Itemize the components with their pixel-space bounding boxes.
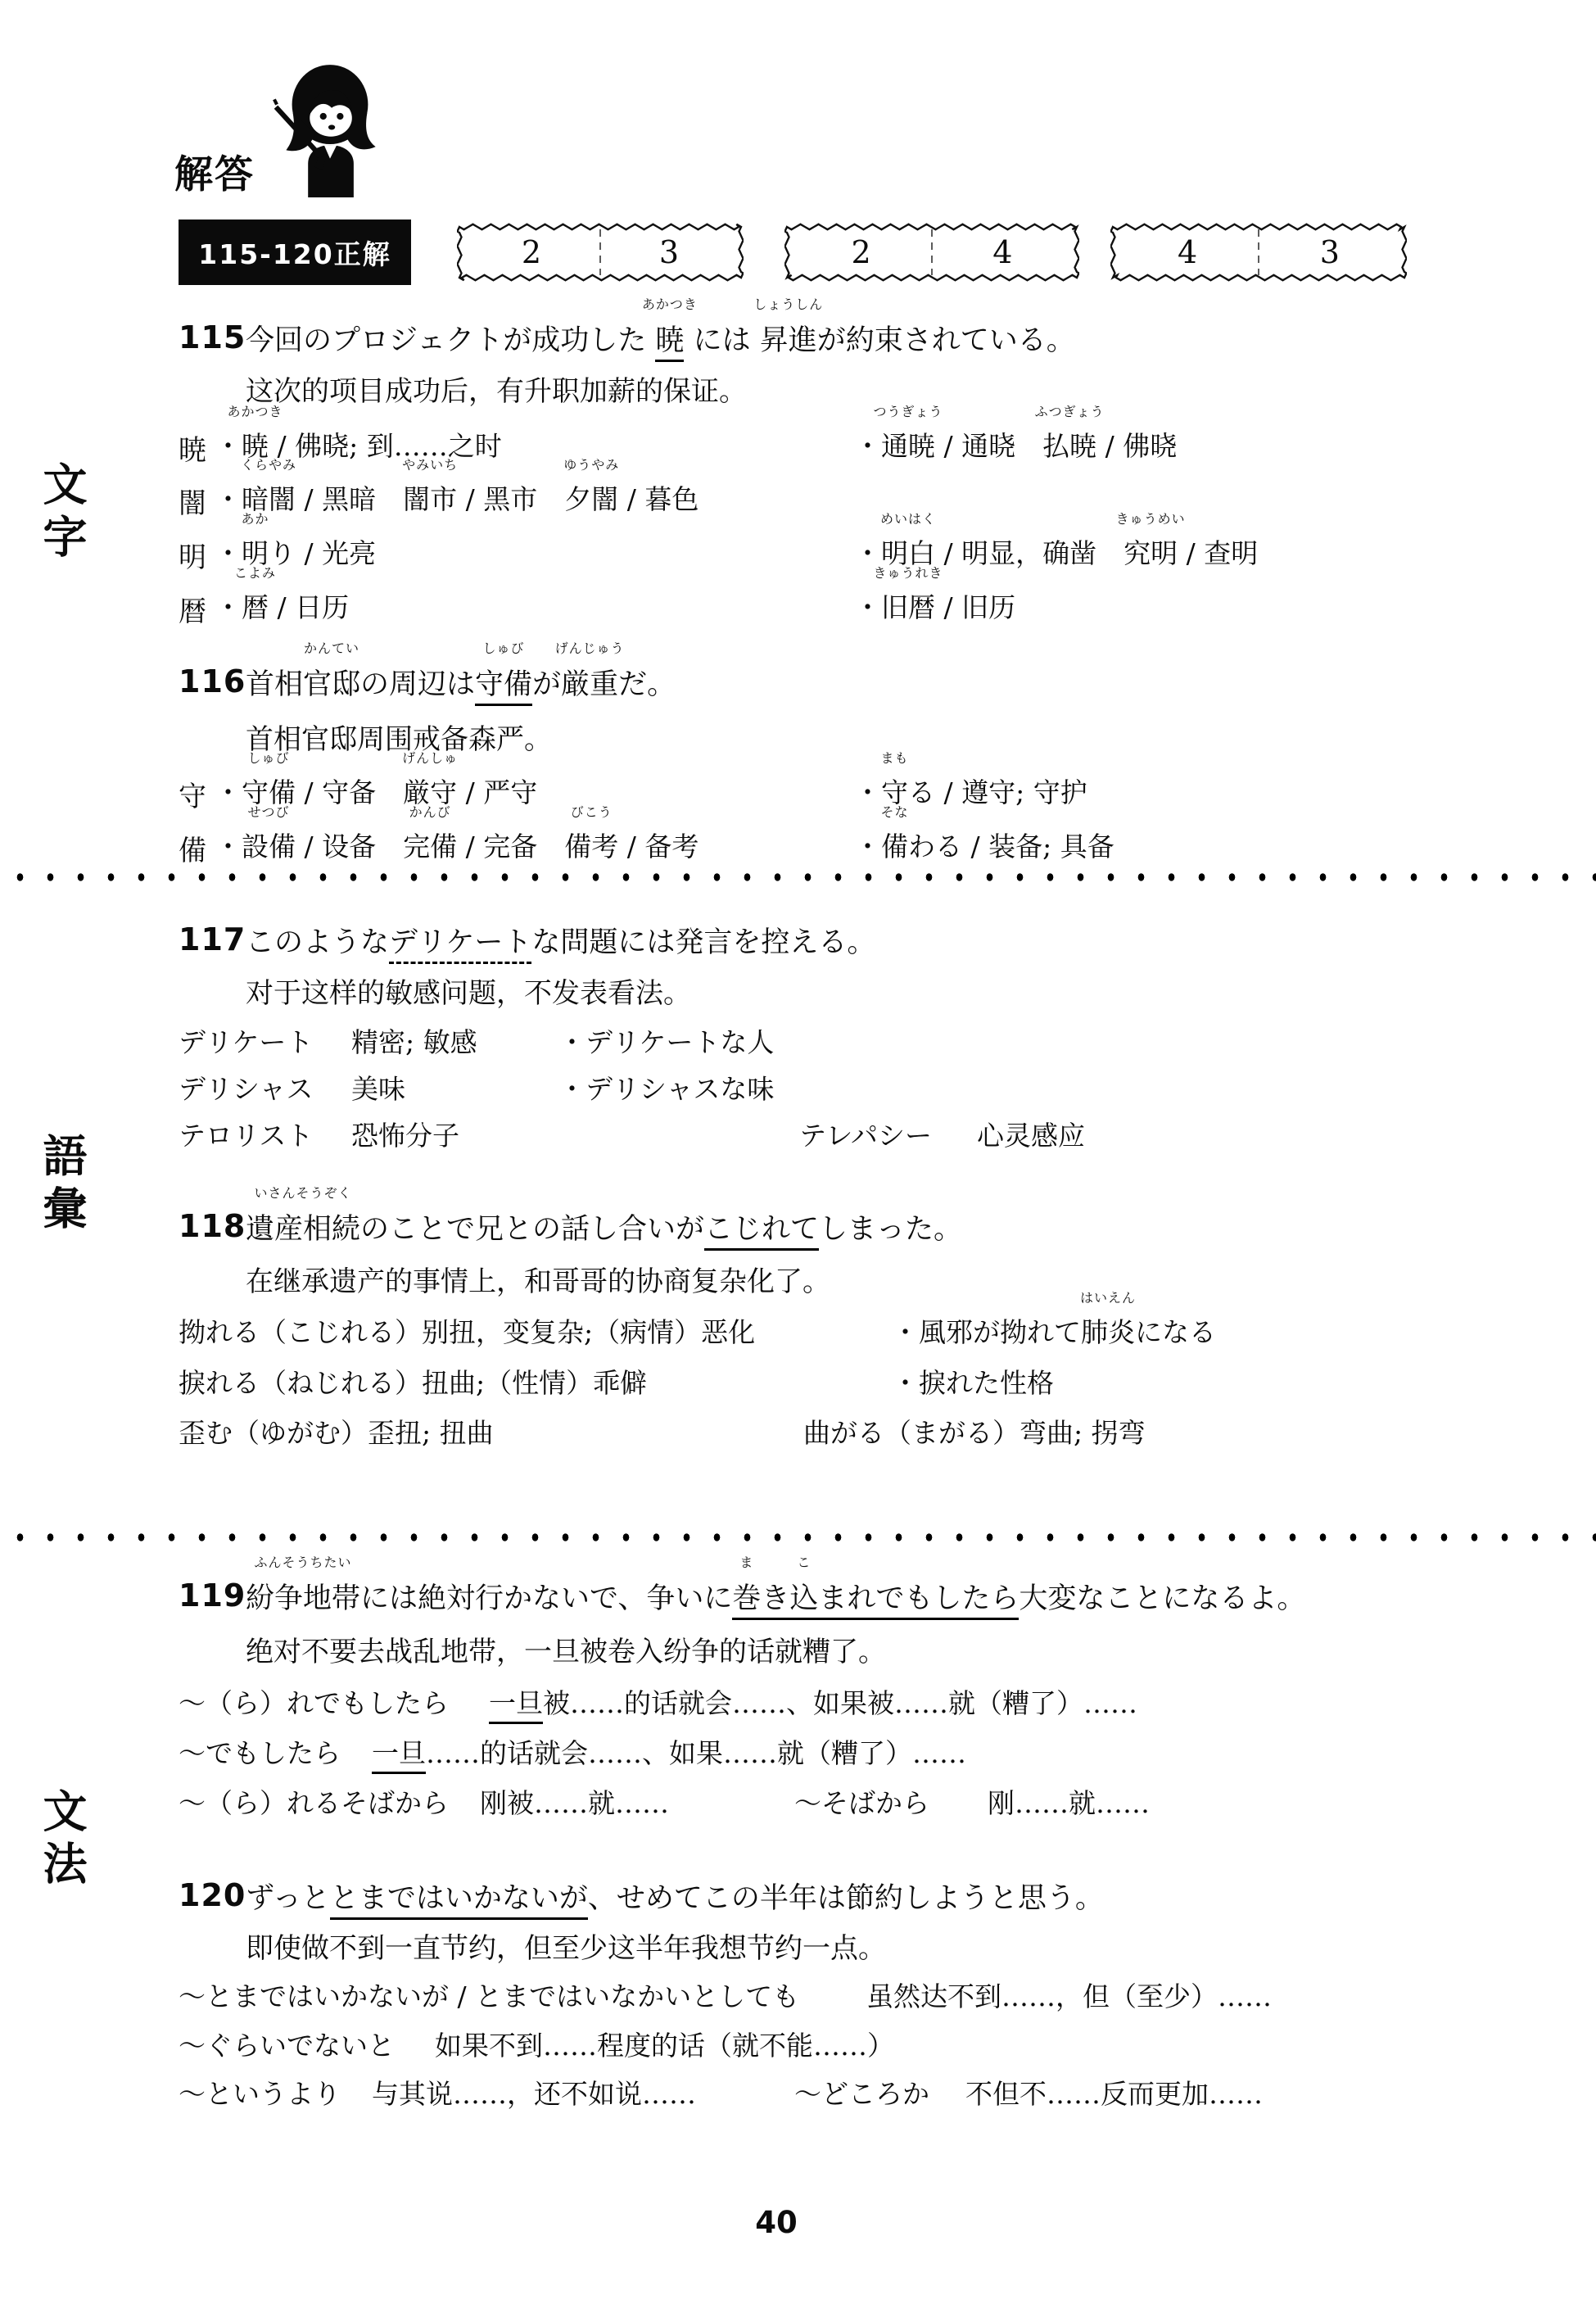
question-sentence: 今回のプロジェクトが成功した あかつき暁 には しょうしん昇進が約束されている。 — [246, 321, 1075, 360]
definition-cell: ～とまではいかないが / とまではいなかいとしても — [179, 1978, 799, 2016]
text-run: 被……的话就会……、如果被……就（糟了）…… — [543, 1687, 1137, 1719]
furigana: そな — [880, 794, 908, 831]
sidebar-label-bunpo: 文法 — [31, 1788, 94, 1893]
definition-row: ～というより与其说……，还不如说……～どころか不但不……反而更加…… — [179, 2075, 1596, 2118]
furigana: げんじゅう — [555, 629, 625, 668]
ruby-word: いさんそうぞく遺産相続 — [246, 1210, 360, 1249]
furigana: つうぎょう — [873, 393, 943, 431]
text-run: 一旦 — [489, 1687, 543, 1719]
furigana: めいはく — [880, 500, 936, 538]
underlined-phrase: とまではいかないが — [330, 1882, 588, 1920]
ruby-base: 備 — [881, 831, 908, 862]
text-run: ～でもしたら — [179, 1737, 341, 1769]
definition-cell: 美味 — [351, 1070, 405, 1108]
definition-cell: 心灵感应 — [977, 1117, 1085, 1155]
text-run: / 佛晓; 到……之时 — [269, 430, 502, 462]
text-run: 捩れる（ねじれる）扭曲;（性情）乖僻 — [179, 1367, 647, 1399]
ruby-base: 払暁 — [1042, 430, 1096, 462]
question-translation: 这次的项目成功后，有升职加薪的保证。 — [246, 373, 747, 410]
text-run: ～（ら）れでもしたら — [179, 1687, 449, 1719]
question-sentence: このようなデリケートな問題には発言を控える。 — [246, 923, 875, 962]
text-run: ・ — [215, 591, 242, 623]
text-run: が — [532, 668, 561, 701]
text-run: 一旦 — [372, 1737, 426, 1769]
question-translation: 绝对不要去战乱地带，一旦被卷入纷争的话就糟了。 — [246, 1633, 886, 1671]
ruby-word: つうぎょう通暁 — [881, 428, 935, 465]
ruby-word: しょうしん昇進 — [760, 321, 817, 360]
definition-cell: 曲がる（まがる）弯曲; 拐弯 — [803, 1414, 1146, 1452]
definition-row: 暁・あかつき暁 / 佛晓; 到……之时・つうぎょう通暁 / 通晓 ふつぎょう払暁… — [179, 428, 1596, 470]
text-run: ・ — [854, 591, 881, 623]
definition-row: ～（ら）れでもしたら一旦被……的话就会……、如果被……就（糟了）…… — [179, 1685, 1596, 1727]
furigana: ま — [739, 1543, 753, 1582]
text-run: ・ — [854, 776, 881, 808]
ruby-word: あかつき暁 — [655, 321, 684, 360]
furigana: しゅび — [483, 629, 525, 668]
text-run: き — [761, 1582, 789, 1615]
definition-cell: デリケート — [179, 1024, 313, 1061]
text-run: / 日历 — [269, 591, 349, 623]
ruby-word: ゆうやみ夕闇 — [564, 481, 618, 518]
underlined-phrase: デリケート — [389, 926, 531, 964]
underlined-phrase: しゅび守備 — [475, 668, 532, 706]
definition-row: デリシャス美味・デリシャスな味 — [179, 1070, 1596, 1113]
text-run: / 黑暗 — [296, 483, 403, 515]
ruby-base: 闇市 — [403, 483, 457, 515]
definition-cell: 恐怖分子 — [351, 1117, 459, 1155]
question-number: 115 — [179, 319, 246, 355]
entry-kanji: 備 — [179, 828, 206, 868]
definition-row: ～とまではいかないが / とまではいなかいとしても虽然达不到……，但（至少）…… — [179, 1978, 1596, 2021]
question-number: 116 — [179, 663, 246, 699]
definition-row: ～でもしたら一旦……的话就会……、如果……就（糟了）…… — [179, 1735, 1596, 1777]
text-run: わる / 装备; 具备 — [908, 831, 1114, 862]
question-sentence: ずっととまではいかないが、せめてこの半年は節約しようと思う。 — [246, 1879, 1104, 1918]
text-run: しまった。 — [819, 1213, 962, 1246]
text-run: / 明显，确凿 — [935, 537, 1124, 569]
underlined-phrase: こじれて — [704, 1213, 819, 1251]
text-run: / 黑市 — [457, 483, 564, 515]
text-run: ・捩れた性格 — [892, 1367, 1054, 1399]
definition-row: 歪む（ゆがむ）歪扭; 扭曲曲がる（まがる）弯曲; 拐弯 — [179, 1414, 1596, 1457]
text-run: ～というより — [179, 2078, 341, 2110]
text-run: ・ — [215, 483, 242, 515]
ruby-word: はいえん肺炎 — [1081, 1314, 1135, 1351]
definition-cell: デリシャス — [179, 1070, 313, 1108]
furigana: こよみ — [234, 554, 276, 592]
definition-row: テロリスト恐怖分子テレパシー心灵感应 — [179, 1117, 1596, 1160]
text-run: ・ — [215, 831, 242, 862]
furigana: ふんそうちたい — [254, 1543, 351, 1582]
text-run: デリシャス — [179, 1073, 313, 1105]
textbook-answer-page: { "page": { "number": "40" }, "header": … — [0, 0, 1596, 2322]
ruby-base: 遺産相続 — [246, 1213, 360, 1246]
ruby-base: 夕闇 — [564, 483, 618, 515]
ruby-word: びこう備考 — [564, 828, 618, 866]
definition-row: 備・せつび設備 / 设备 かんび完備 / 完备 びこう備考 / 备考・そな備わる… — [179, 828, 1596, 871]
furigana: げんしゅ — [402, 740, 458, 777]
text-run: 与其说……，还不如说…… — [372, 2078, 696, 2110]
text-run: ・ — [854, 831, 881, 862]
text-run: 如果不到……程度的话（就不能……） — [435, 2030, 894, 2062]
definition-cell: ～というより — [179, 2075, 341, 2113]
question-sentence: ふんそうちたい紛争地帯には絶対行かないで、争いにま巻きこ込まれでもしたら大変なこ… — [246, 1579, 1305, 1618]
text-run: ・デリシャスな味 — [558, 1073, 774, 1105]
ruby-word: かんてい官邸 — [303, 665, 360, 704]
ruby-base: 暦 — [242, 591, 269, 623]
question-sentence: いさんそうぞく遺産相続のことで兄との話し合いがこじれてしまった。 — [246, 1210, 962, 1249]
definition-cell: 不但不……反而更加…… — [965, 2075, 1263, 2113]
text-run: / 完备 — [457, 831, 564, 862]
ruby-base: 旧暦 — [881, 591, 935, 623]
definition-cell: ・風邪が拗れてはいえん肺炎になる — [892, 1314, 1216, 1351]
definition-row: デリケート精密; 敏感・デリケートな人 — [179, 1024, 1596, 1066]
definition-cell: ・つうぎょう通暁 / 通晓 ふつぎょう払暁 / 佛晓 — [854, 428, 1177, 465]
furigana: せつび — [247, 794, 289, 831]
text-run: 虽然达不到……，但（至少）…… — [866, 1980, 1272, 2012]
text-run: 刚被……就…… — [480, 1787, 669, 1819]
furigana: こ — [797, 1543, 811, 1582]
definition-row: 拗れる（こじれる）别扭，变复杂;（病情）恶化・風邪が拗れてはいえん肺炎になる — [179, 1314, 1596, 1356]
text-run: ～どころか — [794, 2078, 929, 2110]
text-run: になる — [1135, 1316, 1216, 1348]
entry-kanji: 守 — [179, 774, 206, 814]
definition-cell: 刚被……就…… — [480, 1785, 669, 1822]
text-run: とまではいかないが — [330, 1882, 588, 1915]
ruby-base: 通暁 — [881, 430, 935, 462]
text-run: のことで兄との話し合いが — [360, 1213, 704, 1246]
ruby-base: 究明 — [1124, 537, 1178, 569]
ruby-word: こよみ暦 — [242, 589, 269, 627]
furigana: あか — [241, 500, 269, 538]
definition-row: ～ぐらいでないと如果不到……程度的话（就不能……） — [179, 2027, 1596, 2070]
text-run: ～とまではいかないが / とまではいなかいとしても — [179, 1980, 799, 2012]
furigana: ゆうやみ — [563, 446, 619, 484]
text-run: 心灵感应 — [977, 1120, 1085, 1152]
text-run: / 守备 — [296, 776, 403, 808]
text-run: 刚……就…… — [988, 1787, 1150, 1819]
text-run: このような — [246, 926, 389, 959]
underlined-phrase: 一旦 — [372, 1737, 426, 1774]
definition-cell: ・捩れた性格 — [892, 1365, 1054, 1402]
definition-cell: 精密; 敏感 — [351, 1024, 477, 1061]
definition-cell: 虽然达不到……，但（至少）…… — [866, 1978, 1272, 2016]
text-run: ～そばから — [794, 1787, 929, 1819]
definition-cell: ・くらやみ暗闇 / 黑暗 やみいち闇市 / 黑市 ゆうやみ夕闇 / 暮色 — [215, 481, 699, 518]
definition-cell: ・デリシャスな味 — [558, 1070, 774, 1108]
definition-cell: ～そばから — [794, 1785, 929, 1822]
text-run: 曲がる（まがる）弯曲; 拐弯 — [803, 1417, 1146, 1449]
ruby-word: こ込 — [789, 1579, 818, 1618]
ruby-word: きゅうれき旧暦 — [881, 589, 935, 627]
furigana: いさんそうぞく — [254, 1174, 351, 1213]
definition-row: ～（ら）れるそばから刚被……就……～そばから刚……就…… — [179, 1785, 1596, 1827]
text-run: 拗れる（こじれる）别扭，变复杂;（病情）恶化 — [179, 1316, 755, 1348]
ruby-word: やみいち闇市 — [403, 481, 457, 518]
furigana: かんてい — [304, 629, 359, 668]
ruby-base: 肺炎 — [1081, 1316, 1135, 1348]
ruby-base: 暁 — [655, 324, 684, 357]
definition-row: 暦・こよみ暦 / 日历・きゅうれき旧暦 / 旧历 — [179, 589, 1596, 631]
furigana: やみいち — [402, 446, 458, 484]
definition-cell: 如果不到……程度的话（就不能……） — [435, 2027, 894, 2065]
definition-cell: 刚……就…… — [988, 1785, 1150, 1822]
text-run: こじれて — [704, 1213, 819, 1246]
furigana: ふつぎょう — [1035, 393, 1105, 431]
entry-kanji: 闇 — [179, 481, 206, 521]
furigana: あかつき — [642, 285, 698, 324]
text-run: な問題には発言を控える。 — [531, 926, 875, 959]
text-run: 歪む（ゆがむ）歪扭; 扭曲 — [179, 1417, 494, 1449]
furigana: しょうしん — [753, 285, 823, 324]
text-run: 不但不……反而更加…… — [965, 2078, 1263, 2110]
text-run: 首相 — [246, 668, 303, 701]
definition-cell: ・そな備わる / 装备; 具备 — [854, 828, 1114, 866]
text-run: ・ — [854, 430, 881, 462]
ruby-base: 昇進 — [760, 324, 817, 357]
text-run: / 严守 — [457, 776, 537, 808]
text-run: には — [684, 324, 759, 357]
text-run: が約束されている。 — [817, 324, 1075, 357]
question-number: 120 — [179, 1877, 246, 1913]
text-run: る / 遵守; 守护 — [908, 776, 1087, 808]
definition-cell: ～（ら）れるそばから — [179, 1785, 449, 1822]
page-number: 40 — [744, 2205, 809, 2240]
text-run: ……的话就会……、如果……就（糟了）…… — [426, 1737, 966, 1769]
ruby-word: きゅうめい究明 — [1124, 535, 1178, 573]
furigana: はいえん — [1080, 1279, 1136, 1317]
question-translation: 在继承遗产的事情上，和哥哥的协商复杂化了。 — [246, 1263, 830, 1301]
furigana: まも — [880, 740, 908, 777]
question-number: 117 — [179, 921, 246, 957]
ruby-word: ま巻 — [732, 1579, 761, 1618]
definition-cell: ・せつび設備 / 设备 かんび完備 / 完备 びこう備考 / 备考 — [215, 828, 699, 866]
definition-cell: 一旦被……的话就会……、如果被……就（糟了）…… — [489, 1685, 1137, 1722]
text-run: テレパシー — [799, 1120, 932, 1152]
underlined-phrase: 一旦 — [489, 1687, 543, 1724]
definition-cell: ・デリケートな人 — [558, 1024, 774, 1061]
definition-cell: 歪む（ゆがむ）歪扭; 扭曲 — [179, 1414, 494, 1452]
ruby-base: 完備 — [403, 831, 457, 862]
text-run: だ。 — [618, 668, 676, 701]
definition-cell: テロリスト — [179, 1117, 313, 1155]
text-run: ・風邪が拗れて — [892, 1316, 1081, 1348]
text-run: り / 光亮 — [269, 537, 376, 569]
ruby-base: 込 — [789, 1582, 818, 1615]
ruby-base: 巻 — [732, 1582, 761, 1615]
definition-cell: 一旦……的话就会……、如果……就（糟了）…… — [372, 1735, 966, 1772]
ruby-word: ふんそうちたい紛争地帯 — [246, 1579, 360, 1618]
text-run: 恐怖分子 — [351, 1120, 459, 1152]
text-run: の周辺は — [360, 668, 475, 701]
entry-kanji: 明 — [179, 535, 206, 575]
definition-cell: ～でもしたら — [179, 1735, 341, 1772]
question-translation: 即使做不到一直节约，但至少这半年我想节约一点。 — [246, 1930, 886, 1967]
furigana: くらやみ — [241, 446, 296, 484]
question-sentence: 首相かんてい官邸の周辺はしゅび守備がげんじゅう厳重だ。 — [246, 665, 676, 704]
furigana: あかつき — [227, 393, 283, 431]
definition-cell: ～（ら）れでもしたら — [179, 1685, 449, 1722]
text-run: ～（ら）れるそばから — [179, 1787, 449, 1819]
text-run: / 备考 — [618, 831, 699, 862]
ruby-word: せつび設備 — [242, 828, 296, 866]
ruby-base: 厳重 — [561, 668, 618, 701]
text-run: まれでもしたら — [818, 1582, 1019, 1615]
text-run: / 设备 — [296, 831, 403, 862]
furigana: びこう — [571, 794, 613, 831]
definition-cell: 与其说……，还不如说…… — [372, 2075, 696, 2113]
definition-cell: ・きゅうれき旧暦 / 旧历 — [854, 589, 1015, 627]
questions-container: 115今回のプロジェクトが成功した あかつき暁 には しょうしん昇進が約束されて… — [179, 0, 1596, 2322]
ruby-base: 紛争地帯 — [246, 1582, 360, 1615]
underlined-phrase: ま巻きこ込まれでもしたら — [732, 1582, 1019, 1620]
ruby-word: そな備 — [881, 828, 908, 866]
text-run: ・ — [215, 776, 242, 808]
ruby-base: 守備 — [475, 668, 532, 701]
definition-cell: 拗れる（こじれる）别扭，变复杂;（病情）恶化 — [179, 1314, 755, 1351]
furigana: かんび — [409, 794, 451, 831]
text-run: ～ぐらいでないと — [179, 2030, 395, 2062]
text-run: には絶対行かないで、争いに — [360, 1582, 732, 1615]
text-run: ・ — [215, 430, 242, 462]
definition-cell: ～ぐらいでないと — [179, 2027, 395, 2065]
entry-kanji: 暦 — [179, 589, 206, 629]
text-run: / 查明 — [1178, 537, 1258, 569]
definition-cell: ～どころか — [794, 2075, 929, 2113]
text-run: 大変なことになるよ。 — [1019, 1582, 1305, 1615]
ruby-base: 備考 — [564, 831, 618, 862]
ruby-word: しゅび守備 — [475, 665, 532, 704]
sidebar-label-goi: 語彙 — [31, 1133, 94, 1238]
question-translation: 对于这样的敏感问题，不发表看法。 — [246, 975, 691, 1012]
entry-kanji: 暁 — [179, 428, 206, 468]
underlined-phrase: あかつき暁 — [655, 324, 684, 362]
ruby-word: げんじゅう厳重 — [561, 665, 618, 704]
definition-row: 捩れる（ねじれる）扭曲;（性情）乖僻・捩れた性格 — [179, 1365, 1596, 1407]
text-run: / 佛晓 — [1096, 430, 1177, 462]
text-run: デリケート — [389, 926, 531, 959]
furigana: きゅうめい — [1116, 500, 1186, 538]
text-run: / 旧历 — [935, 591, 1015, 623]
question-number: 118 — [179, 1208, 246, 1244]
text-run: テロリスト — [179, 1120, 313, 1152]
ruby-base: 官邸 — [303, 668, 360, 701]
text-run: / 暮色 — [618, 483, 699, 515]
question-number: 119 — [179, 1577, 246, 1614]
ruby-word: ふつぎょう払暁 — [1042, 428, 1096, 465]
text-run: 精密; 敏感 — [351, 1026, 477, 1058]
sidebar-label-moji: 文字 — [31, 461, 94, 566]
text-run: ・デリケートな人 — [558, 1026, 774, 1058]
text-run: ずっと — [246, 1882, 330, 1915]
furigana: きゅうれき — [873, 554, 943, 592]
text-run: / 通晓 — [935, 430, 1042, 462]
definition-cell: ・こよみ暦 / 日历 — [215, 589, 349, 627]
ruby-base: 設備 — [242, 831, 296, 862]
text-run: 美味 — [351, 1073, 405, 1105]
furigana: しゅび — [247, 740, 289, 777]
text-run: 今回のプロジェクトが成功した — [246, 324, 655, 357]
text-run: デリケート — [179, 1026, 313, 1058]
definition-cell: テレパシー — [799, 1117, 932, 1155]
text-run: 、せめてこの半年は節約しようと思う。 — [588, 1882, 1104, 1915]
ruby-word: かんび完備 — [403, 828, 457, 866]
definition-cell: 捩れる（ねじれる）扭曲;（性情）乖僻 — [179, 1365, 647, 1402]
question-translation: 首相官邸周围戒备森严。 — [246, 721, 552, 758]
